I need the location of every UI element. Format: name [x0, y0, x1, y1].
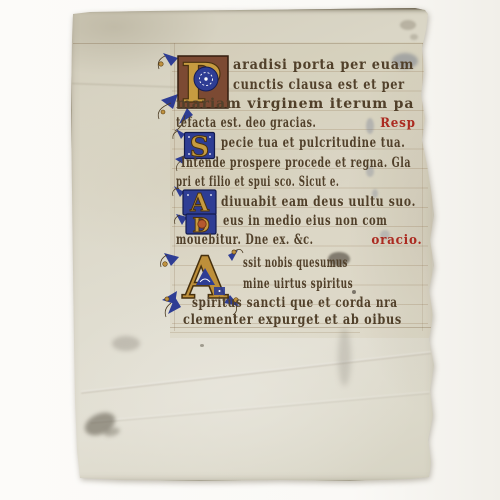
text-line-5: pecie tua et pulcritudine tua.	[221, 135, 422, 151]
text-line-11: ssit nobis quesumus	[243, 255, 393, 271]
parchment: P S A	[70, 8, 440, 482]
ruling-bottom-2	[170, 332, 360, 333]
rubric-label: vers.	[434, 175, 469, 190]
stain	[338, 328, 351, 386]
text-line-8: diuuabit eam deus uultu suo.	[221, 194, 422, 210]
text-line-4: tefacta est. deo gracias.Resp	[176, 115, 426, 131]
text-line-7: pri et filio et spui sco. Sicut e.vers.	[176, 174, 424, 190]
line-text: mouebitur. Dne ex. &c.	[176, 233, 314, 248]
text-line-10: mouebitur. Dne ex. &c.oracio.	[176, 232, 426, 248]
line-text: tefacta est. deo gracias.	[176, 116, 316, 131]
line-text: spiritus sancti que et corda nra	[192, 296, 398, 311]
line-text: mariam virginem iterum pa	[176, 97, 414, 112]
text-line-3: mariam virginem iterum pa	[176, 96, 420, 112]
line-text: ssit nobis quesumus	[243, 256, 348, 271]
rubric-label: Resp	[380, 116, 416, 131]
line-text: eus in medio eius non com	[223, 214, 387, 229]
text-line-12: mine uirtus spiritus	[243, 276, 403, 292]
manuscript-leaf: P S A	[70, 8, 440, 482]
text-line-6: Intende prospere procede et regna. Gla	[181, 155, 422, 171]
text-line-9: eus in medio eius non com~~~	[223, 213, 422, 229]
text-line-14: clementer expurget et ab oibus	[183, 312, 423, 328]
line-text: mine uirtus spiritus	[243, 277, 353, 292]
illuminated-initial-A: A	[182, 189, 217, 216]
crease	[81, 351, 431, 394]
text-line-1: aradisi porta per euam	[233, 57, 423, 73]
stain	[410, 34, 418, 40]
line-text: cunctis clausa est et per	[233, 78, 405, 93]
line-text: pri et filio et spui sco. Sicut e.	[176, 175, 339, 190]
text-line-2: cunctis clausa est et per	[233, 77, 420, 93]
text-line-13: spiritus sancti que et corda nra	[192, 295, 422, 311]
line-text: clementer expurget et ab oibus	[183, 313, 402, 328]
line-text: diuuabit eam deus uultu suo.	[221, 195, 416, 210]
rubric-label: oracio.	[372, 233, 423, 248]
speck	[200, 344, 204, 347]
crease	[91, 391, 430, 424]
stain	[400, 20, 416, 30]
rubric-line-filler: ~~~	[448, 214, 480, 229]
line-text: pecie tua et pulcritudine tua.	[221, 136, 405, 151]
line-text: Intende prospere procede et regna. Gla	[181, 156, 411, 171]
stain	[112, 336, 140, 351]
line-text: aradisi porta per euam	[233, 58, 414, 73]
backdrop: P S A	[0, 0, 500, 500]
ruling-top	[73, 43, 425, 44]
